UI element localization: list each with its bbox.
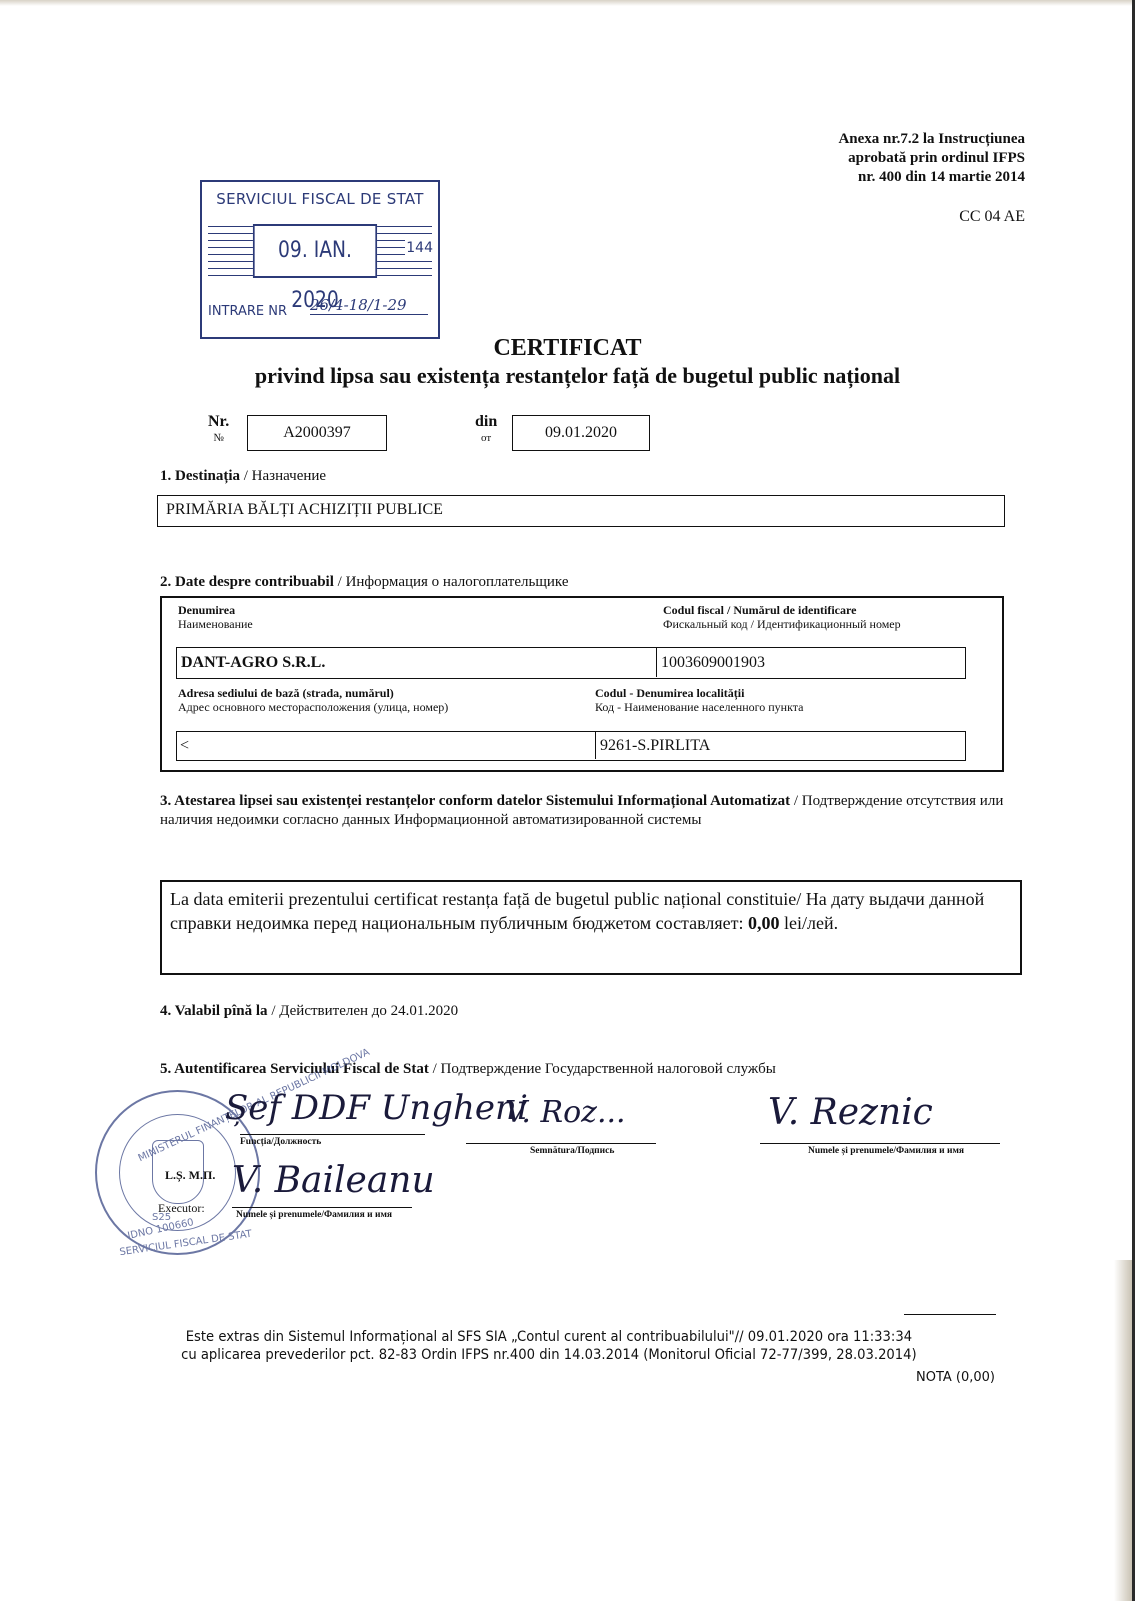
annex-line: aprobată prin ordinul IFPS: [838, 149, 1025, 168]
locality-label: Codul - Denumirea localității Код - Наим…: [595, 686, 803, 714]
currency: lei/лей.: [780, 913, 839, 933]
date-label-ro: din: [475, 413, 497, 430]
taxpayer-name: DANT-AGRO S.R.L.: [177, 648, 657, 677]
executor-signature: V. Baileanu: [232, 1160, 435, 1201]
section-2-title: 2. Date despre contribuabil: [160, 574, 334, 590]
document-title: CERTIFICAT: [0, 335, 1135, 362]
destination-field: PRIMĂRIA BĂLȚI ACHIZIȚII PUBLICE: [157, 495, 1005, 527]
function-label: Funcția/Должность: [240, 1137, 321, 1147]
signature-line: [466, 1143, 656, 1144]
footer-note: Este extras din Sistemul Informațional a…: [140, 1328, 958, 1364]
annex-line: nr. 400 din 14 martie 2014: [838, 168, 1025, 187]
section-5-title: 5. Autentificarea Serviciului Fiscal de …: [160, 1061, 429, 1077]
footer-line-1: Este extras din Sistemul Informațional a…: [140, 1328, 958, 1346]
executor-line: [232, 1207, 412, 1208]
stamp-date: 09. IAN. 2020: [253, 224, 377, 278]
name-label: Numele și prenumele/Фамилия и имя: [808, 1146, 964, 1156]
function-signature: Șef DDF Ungheni: [225, 1088, 528, 1128]
section-5-heading: 5. Autentificarea Serviciului Fiscal de …: [160, 1061, 776, 1078]
section-2-title-ru: / Информация о налогоплательщике: [334, 574, 569, 590]
name-row: DANT-AGRO S.R.L. 1003609001903: [176, 647, 966, 679]
fiscal-code-label: Codul fiscal / Numărul de identificare Ф…: [663, 603, 901, 631]
document-subtitle: privind lipsa sau existența restanțelor …: [120, 363, 1035, 389]
fiscal-code: 1003609001903: [661, 648, 765, 677]
function-line: [240, 1134, 425, 1135]
executor-name-label: Numele și prenumele/Фамилия и имя: [236, 1210, 392, 1220]
locality-label-ru: Код - Наименование населенного пункта: [595, 700, 803, 714]
annex-reference: Anexa nr.7.2 la Instrucțiunea aprobată p…: [838, 130, 1025, 187]
name-label: Denumirea Наименование: [178, 603, 253, 631]
fiscal-label-ru: Фискальный код / Идентификационный номер: [663, 617, 901, 631]
locality-label-ro: Codul - Denumirea localității: [595, 686, 803, 700]
section-1-title: 1. Destinația: [160, 468, 240, 484]
entry-stamp: SERVICIUL FISCAL DE STAT 09. IAN. 2020 1…: [200, 180, 440, 339]
signature: V. Roz...: [505, 1095, 626, 1130]
number-label: Nr. №: [208, 414, 229, 446]
address-label: Adresa sediului de bază (strada, numărul…: [178, 686, 448, 714]
form-code: CC 04 AE: [959, 208, 1025, 226]
locality-value: 9261-S.PIRLITA: [600, 732, 710, 759]
validity-date: / Действителен до 24.01.2020: [268, 1003, 459, 1019]
annex-line: Anexa nr.7.2 la Instrucțiunea: [838, 130, 1025, 149]
section-1-heading: 1. Destinația / Назначение: [160, 468, 326, 485]
seal-place-label: L.Ș. М.П.: [165, 1168, 215, 1183]
executor-label: Executor:: [158, 1201, 205, 1216]
nota: NOTA (0,00): [916, 1370, 995, 1385]
certificate-date: 09.01.2020: [512, 415, 650, 451]
paper-shadow: [1114, 1260, 1132, 1601]
address-label-ro: Adresa sediului de bază (strada, numărul…: [178, 686, 448, 700]
stamp-number: 144: [405, 240, 434, 256]
date-label-ru: от: [475, 430, 497, 446]
section-4-title: 4. Valabil pînă la: [160, 1003, 268, 1019]
stamp-entry-number: 26/4-18/1-29: [310, 296, 428, 315]
section-1-title-ru: / Назначение: [240, 468, 326, 484]
name-signature: V. Reznic: [768, 1092, 933, 1133]
fiscal-label-ro: Codul fiscal / Numărul de identificare: [663, 603, 901, 617]
name-label-ro: Denumirea: [178, 603, 253, 617]
date-label: din от: [475, 414, 497, 446]
number-label-ro: Nr.: [208, 413, 229, 430]
paper-edge-top: [0, 0, 1135, 6]
section-3-title: 3. Atestarea lipsei sau existenței resta…: [160, 793, 790, 809]
footer-divider: [904, 1314, 996, 1315]
arrears-amount: 0,00: [748, 913, 780, 933]
statement-text: La data emiterii prezentului certificat …: [170, 889, 984, 933]
address-label-ru: Адрес основного месторасположения (улица…: [178, 700, 448, 714]
name-label-ru: Наименование: [178, 617, 253, 631]
number-label-ru: №: [208, 430, 229, 446]
section-2-heading: 2. Date despre contribuabil / Информация…: [160, 574, 568, 591]
arrears-statement: La data emiterii prezentului certificat …: [160, 880, 1022, 975]
section-5-title-ru: / Подтверждение Государственной налогово…: [429, 1061, 776, 1077]
section-3-heading: 3. Atestarea lipsei sau existenței resta…: [160, 792, 1020, 830]
stamp-entry-label: INTRARE NR: [208, 304, 287, 319]
address-row: < 9261-S.PIRLITA: [176, 731, 966, 761]
section-4-heading: 4. Valabil pînă la / Действителен до 24.…: [160, 1003, 458, 1020]
footer-line-2: cu aplicarea prevederilor pct. 82-83 Ord…: [140, 1346, 958, 1364]
name-line: [760, 1143, 1000, 1144]
address-value: <: [177, 732, 596, 759]
signature-label: Semnătura/Подпись: [530, 1146, 614, 1156]
certificate-number: A2000397: [247, 415, 387, 451]
stamp-header: SERVICIUL FISCAL DE STAT: [202, 190, 438, 208]
